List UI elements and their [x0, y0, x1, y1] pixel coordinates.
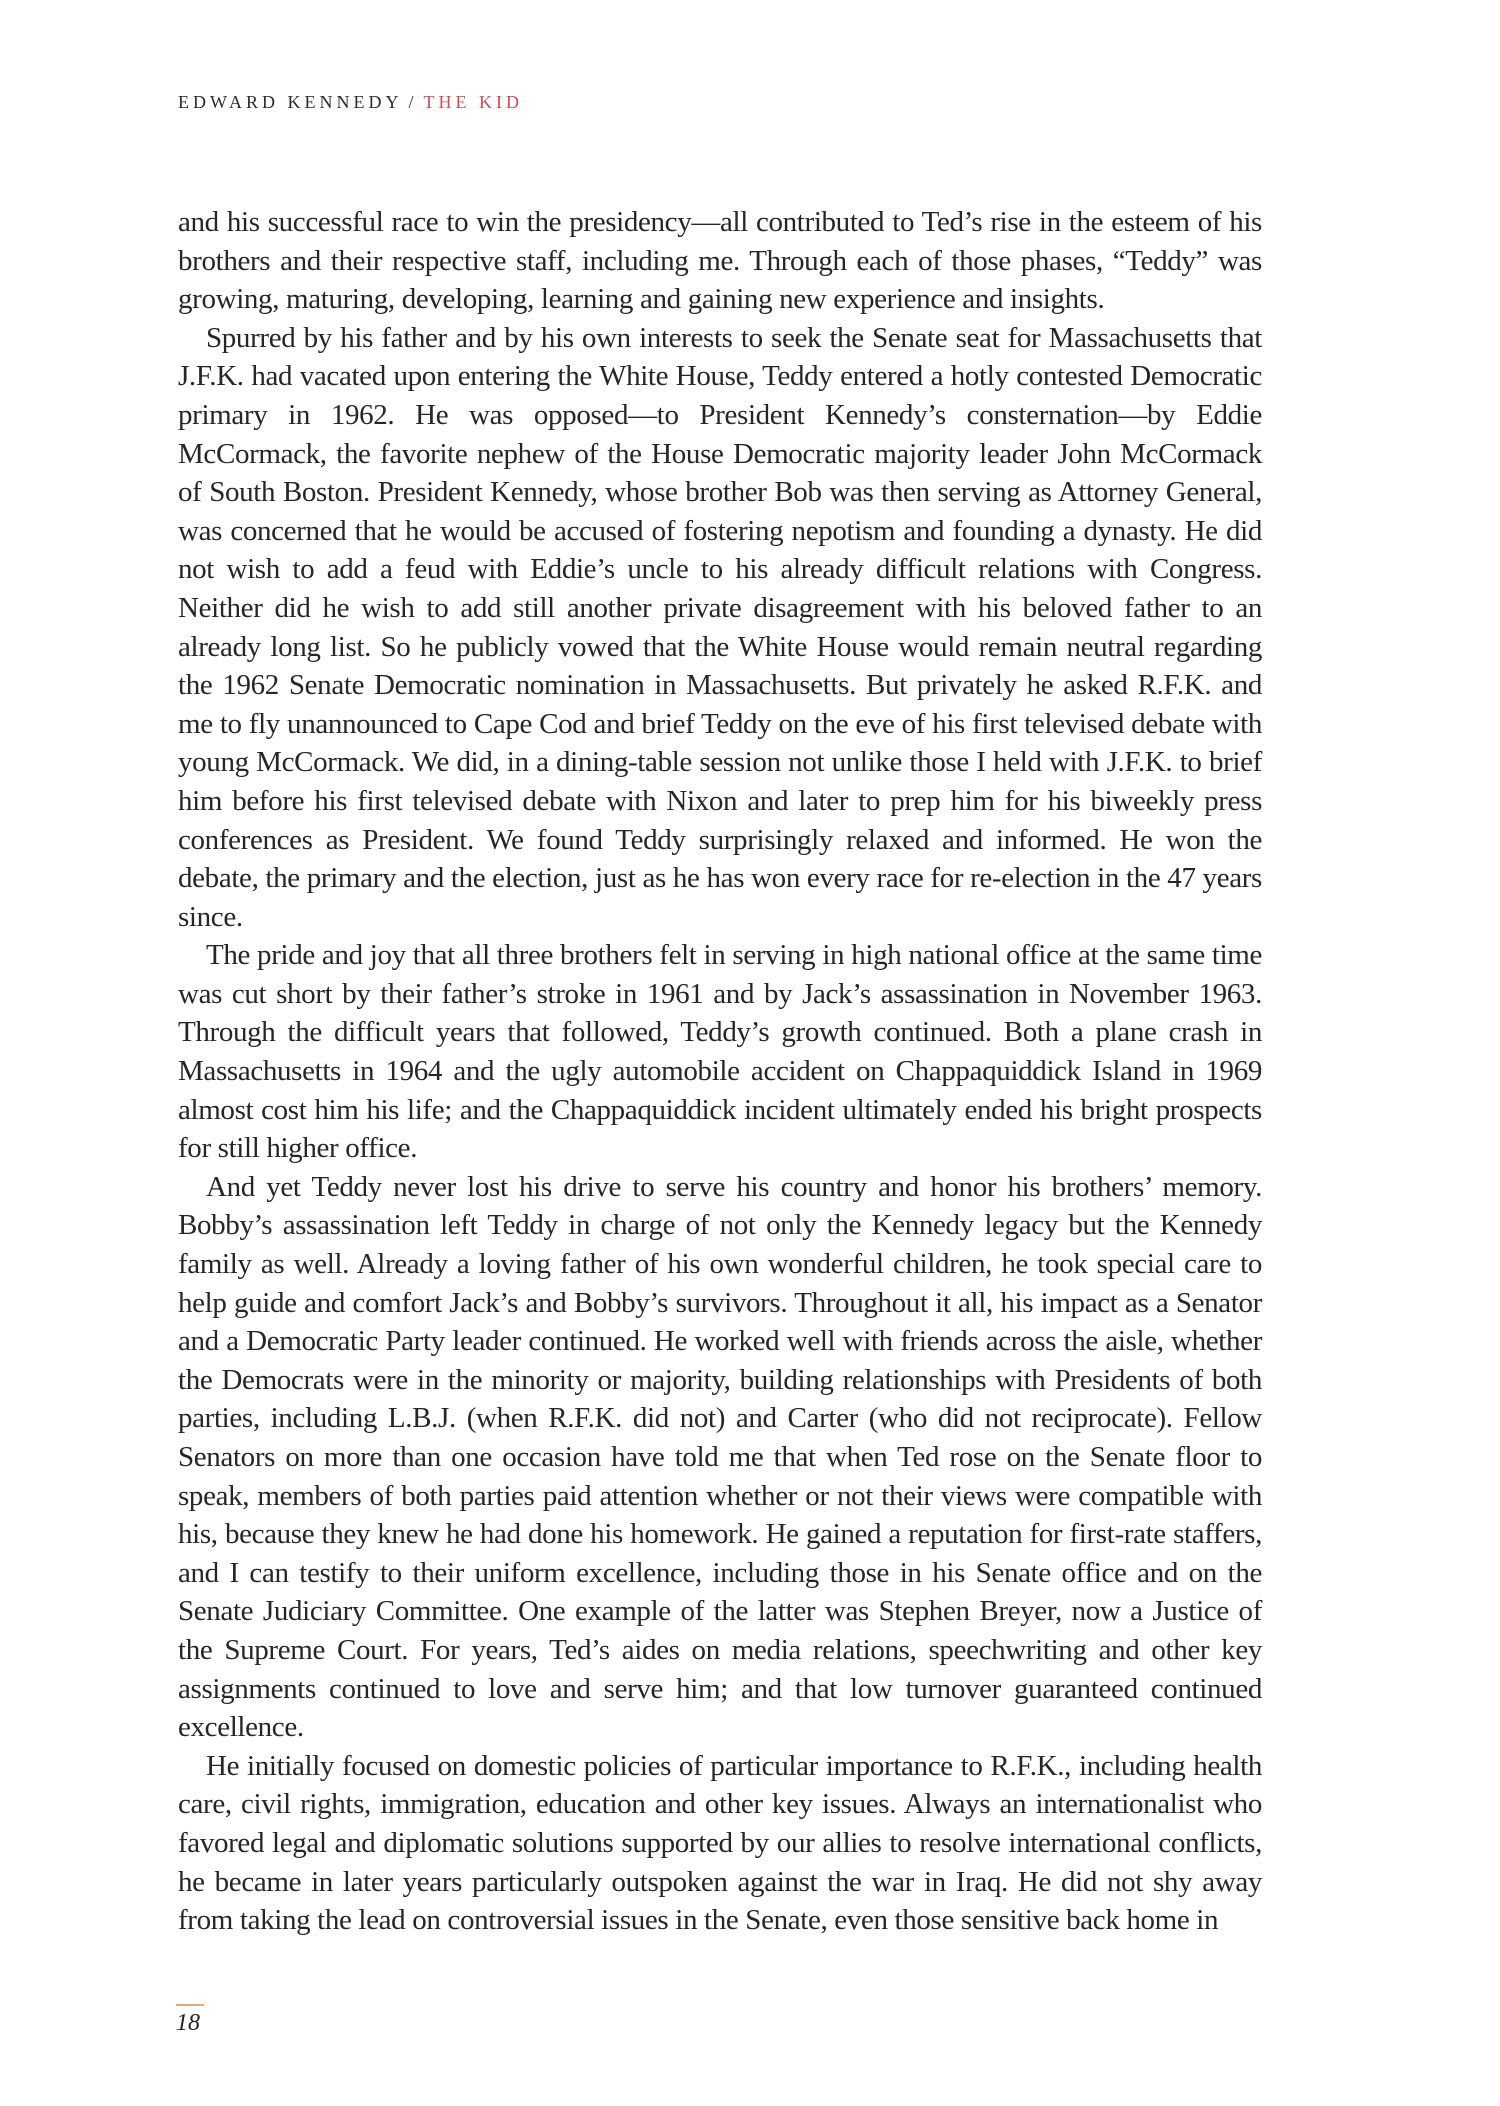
page-number: 18	[176, 2010, 200, 2037]
running-head-section: THE KID	[424, 92, 523, 112]
paragraph: and his successful race to win the presi…	[178, 203, 1262, 319]
folio-rule	[176, 2004, 204, 2006]
paragraph: And yet Teddy never lost his drive to se…	[178, 1168, 1262, 1747]
running-head-author: EDWARD KENNEDY	[178, 92, 402, 112]
running-head: EDWARD KENNEDY/THE KID	[178, 92, 523, 113]
body-text: and his successful race to win the presi…	[178, 203, 1262, 1940]
running-head-separator: /	[408, 92, 417, 112]
paragraph: He initially focused on domestic policie…	[178, 1747, 1262, 1940]
paragraph: The pride and joy that all three brother…	[178, 936, 1262, 1168]
paragraph: Spurred by his father and by his own int…	[178, 319, 1262, 937]
